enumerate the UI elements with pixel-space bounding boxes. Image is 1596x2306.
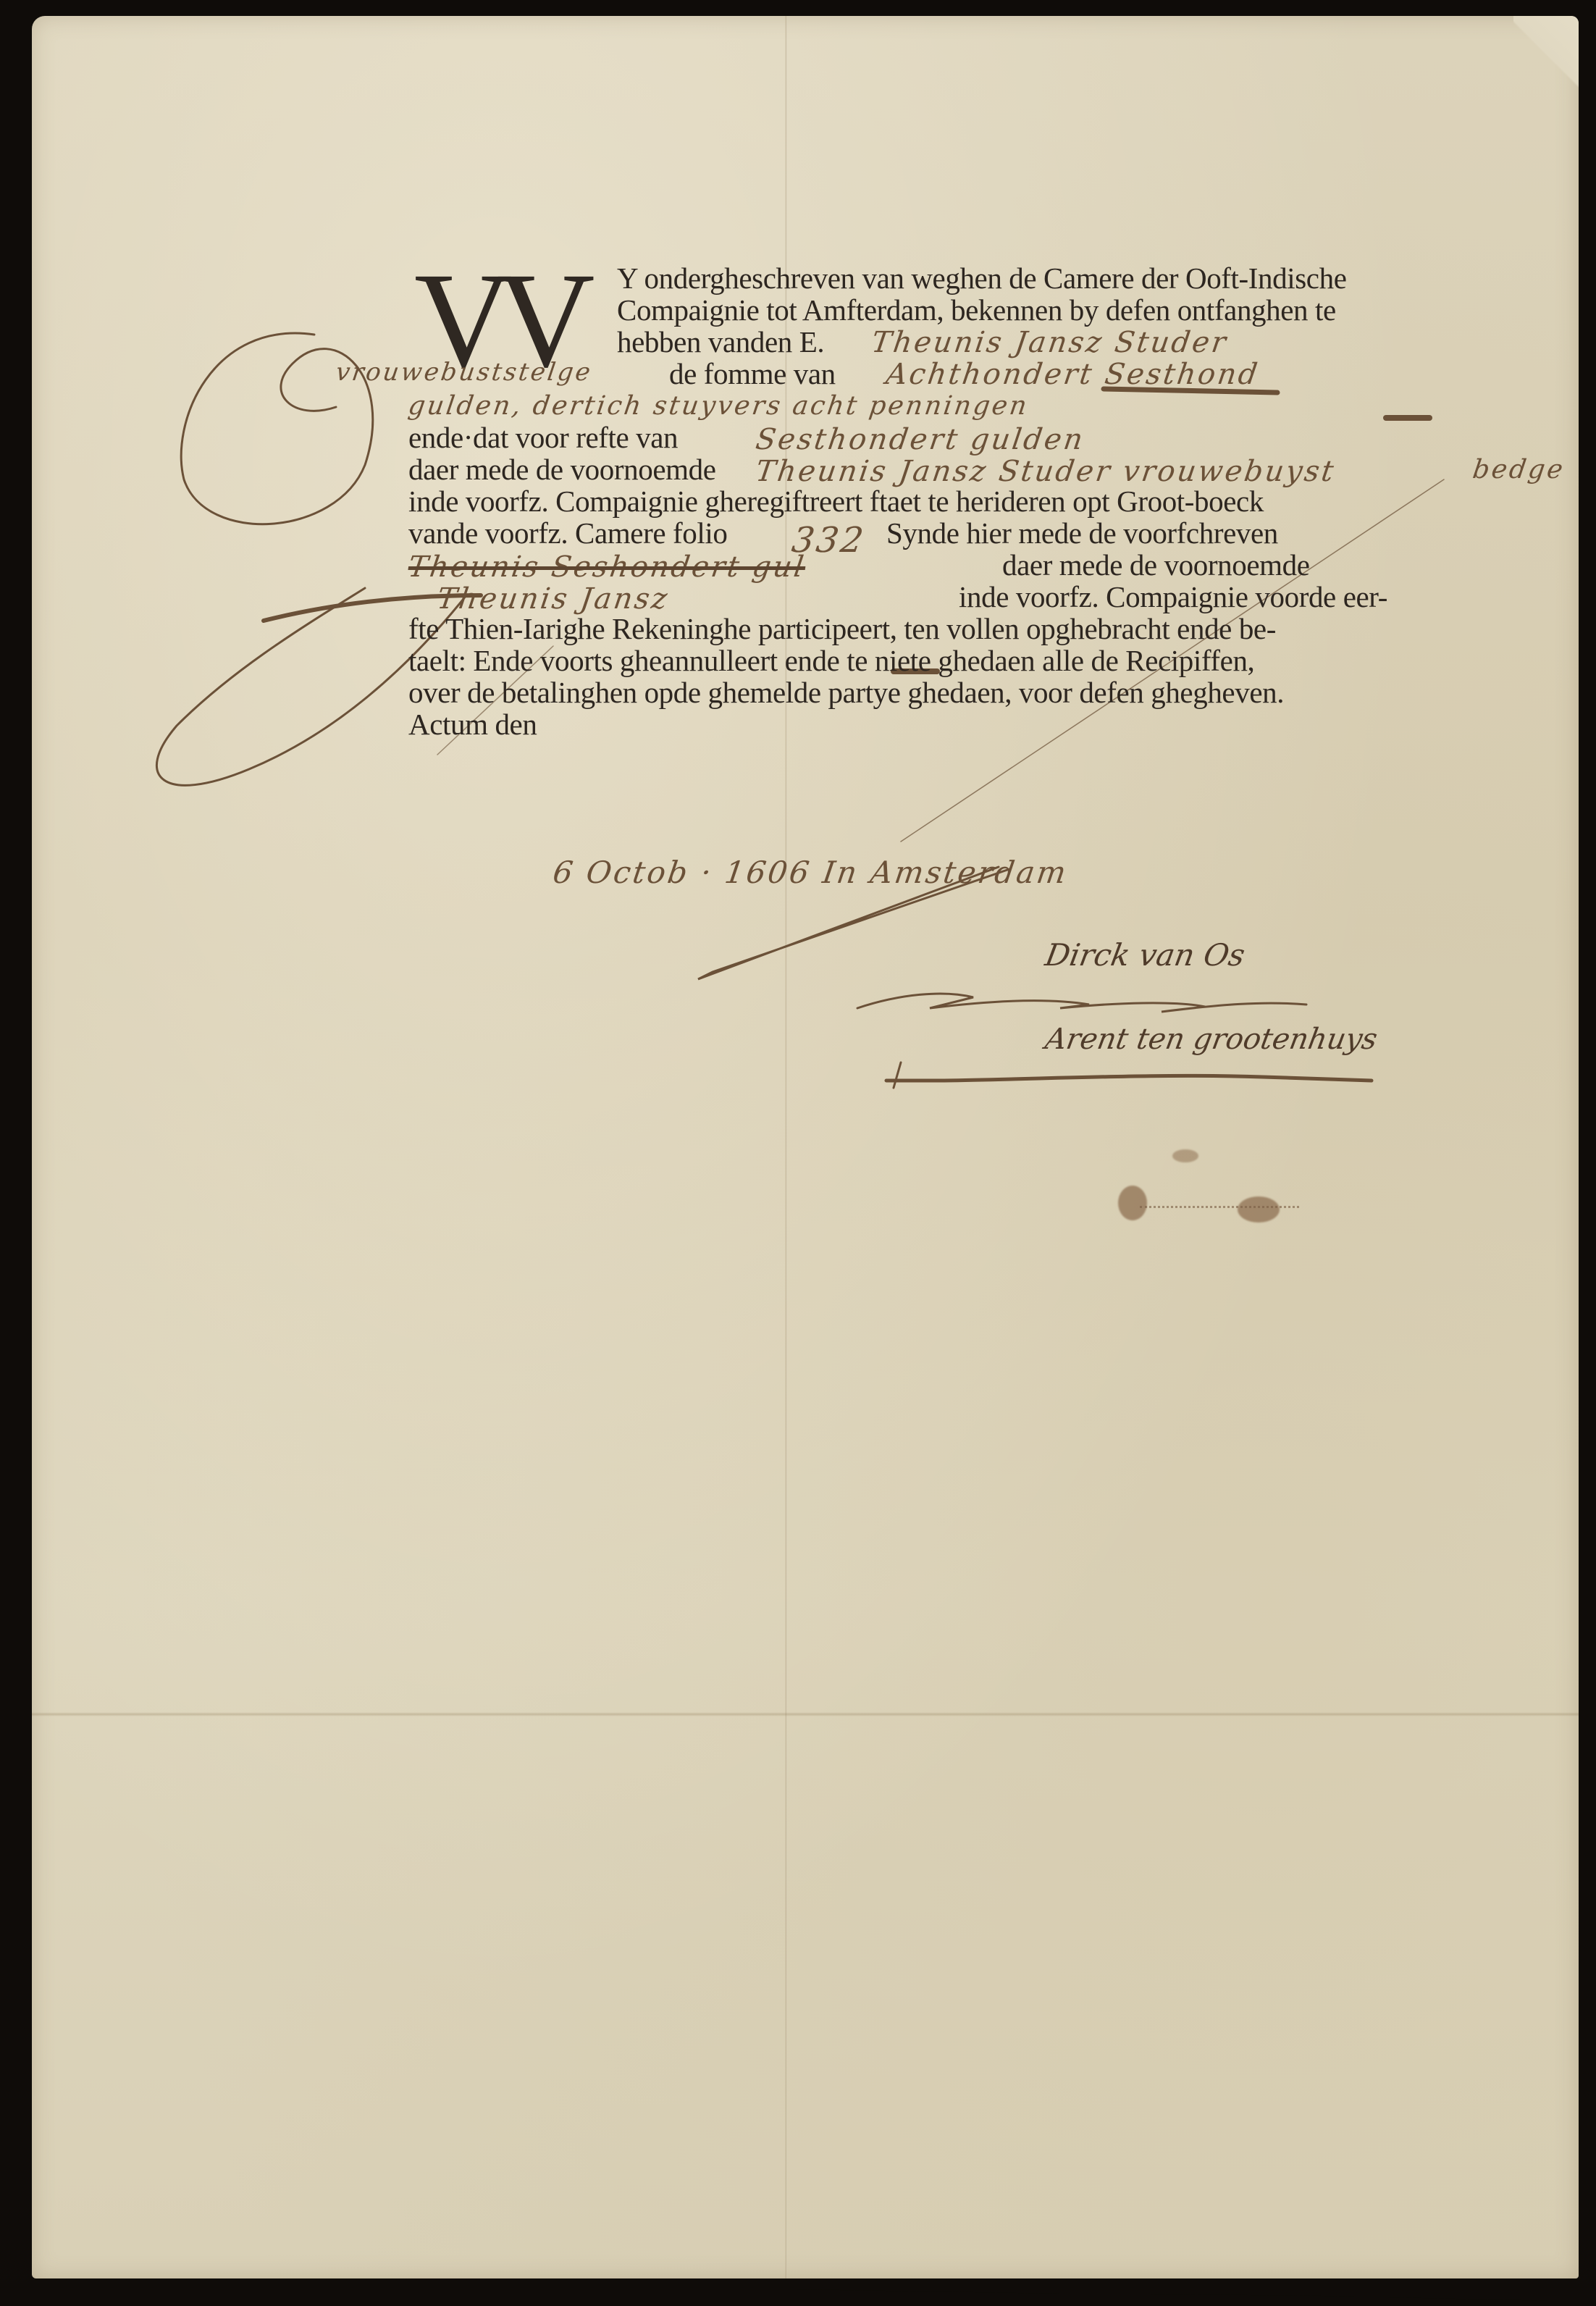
ink-stain xyxy=(1172,1149,1198,1162)
printed-line-13: fte Thien-Iarighe Rekeninghe participeer… xyxy=(408,613,1276,645)
printed-line-11: daer mede de voornoemde xyxy=(1002,549,1310,582)
handwritten-amount-2: gulden, dertich stuyvers acht penningen xyxy=(406,391,1030,421)
printed-line-2: Compaignie tot Amfterdam, bekennen by de… xyxy=(617,294,1336,327)
printed-line-4: de fomme van xyxy=(669,358,836,390)
handwritten-name-2: Theunis Jansz Studer vrouwebuyst xyxy=(754,455,1337,488)
handwritten-amount: Achthondert Sesthond xyxy=(884,358,1261,391)
handwritten-name-1: Theunis Jansz Studer xyxy=(870,326,1230,359)
handwritten-rest-amount: Sesthondert gulden xyxy=(754,423,1087,456)
signature-1: Dirck van Os xyxy=(1043,937,1248,973)
printed-line-9: vande voorfz. Camere folio xyxy=(408,517,727,550)
printed-line-16: Actum den xyxy=(408,708,537,741)
printed-line-3: hebben vanden E. xyxy=(617,326,824,359)
printed-line-15: over de betalinghen opde ghemelde partye… xyxy=(408,676,1284,709)
signature-2: Arent ten grootenhuys xyxy=(1043,1023,1380,1056)
printed-line-12: inde voorfz. Compaignie voorde eer- xyxy=(959,581,1387,613)
ink-stain xyxy=(1118,1186,1147,1220)
printed-line-8: inde voorfz. Compaignie gheregiftreert f… xyxy=(408,485,1264,518)
printed-line-10: Synde hier mede de voorfchreven xyxy=(886,517,1278,550)
handwritten-name-3: Theunis Jansz xyxy=(435,582,671,616)
ink-stain xyxy=(1238,1196,1280,1223)
document-paper: VV Y ondergheschreven van weghen de Came… xyxy=(32,16,1579,2278)
printed-line-7: daer mede de voornoemde xyxy=(408,453,716,486)
handwritten-name-1b: vrouwebuststelge xyxy=(334,358,594,387)
handwritten-date: 6 Octob · 1606 In Amsterdam xyxy=(551,855,1071,890)
printed-line-1: Y ondergheschreven van weghen de Camere … xyxy=(617,262,1347,295)
handwritten-struck-line: Theunis Seshondert gul xyxy=(406,550,808,584)
printed-line-6: ende·dat voor refte van xyxy=(408,422,678,454)
dotted-stain-trail xyxy=(1140,1206,1299,1208)
handwritten-name-2-tail: bedge xyxy=(1471,455,1567,485)
printed-line-14: taelt: Ende voorts gheannulleert ende te… xyxy=(408,645,1254,677)
